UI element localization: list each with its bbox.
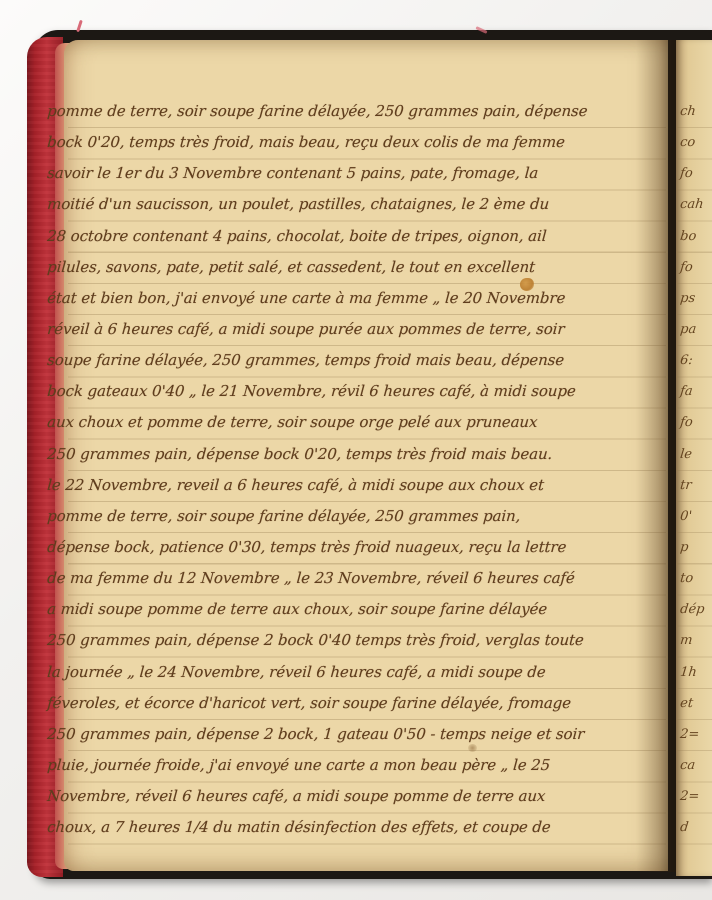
- facing-fragment-line: cah: [678, 190, 712, 221]
- facing-fragment-line: fo: [678, 159, 712, 190]
- manuscript-line: dépense bock, patience 0'30, temps très …: [46, 533, 670, 564]
- facing-fragment-line: fo: [678, 408, 712, 439]
- manuscript-line: féveroles, et écorce d'haricot vert, soi…: [46, 689, 670, 720]
- facing-fragment-line: 0': [678, 502, 712, 533]
- manuscript-line: 250 grammes pain, dépense 2 bock 0'40 te…: [46, 626, 670, 657]
- facing-fragment-line: tr: [678, 471, 712, 502]
- manuscript-line: Novembre, réveil 6 heures café, a midi s…: [46, 782, 670, 813]
- manuscript-line: bock gateaux 0'40 „ le 21 Novembre, révi…: [46, 377, 670, 408]
- manuscript-line: moitié d'un saucisson, un poulet, pastil…: [46, 190, 670, 221]
- manuscript-line: réveil à 6 heures café, a midi soupe pur…: [46, 315, 670, 346]
- manuscript-line: savoir le 1er du 3 Novembre contenant 5 …: [46, 159, 670, 190]
- facing-fragment-line: 2=: [678, 782, 712, 813]
- manuscript-line: la journée „ le 24 Novembre, réveil 6 he…: [46, 658, 670, 689]
- manuscript-line: soupe farine délayée, 250 grammes, temps…: [46, 346, 670, 377]
- scan-background: pomme de terre, soir soupe farine délayé…: [0, 0, 712, 900]
- manuscript-line: de ma femme du 12 Novembre „ le 23 Novem…: [46, 564, 670, 595]
- facing-fragment-line: fo: [678, 253, 712, 284]
- manuscript-line: choux, a 7 heures 1/4 du matin désinfect…: [46, 813, 670, 844]
- facing-fragment-line: pa: [678, 315, 712, 346]
- facing-fragment-line: co: [678, 128, 712, 159]
- facing-fragment-line: to: [678, 564, 712, 595]
- manuscript-line: pilules, savons, pate, petit salé, et ca…: [46, 253, 670, 284]
- manuscript-line: pluie, journée froide, j'ai envoyé une c…: [46, 751, 670, 782]
- facing-fragment-line: le: [678, 440, 712, 471]
- facing-fragment-line: ca: [678, 751, 712, 782]
- manuscript-line: le 22 Novembre, reveil a 6 heures café, …: [46, 471, 670, 502]
- manuscript-line: 28 octobre contenant 4 pains, chocolat, …: [46, 222, 670, 253]
- manuscript-line: aux choux et pomme de terre, soir soupe …: [46, 408, 670, 439]
- facing-fragment-line: m: [678, 626, 712, 657]
- manuscript-line: pomme de terre, soir soupe farine délayé…: [46, 97, 670, 128]
- facing-page-fragments: chcofocahbofopspa6:fafoletr0'ptodépm1het…: [680, 97, 712, 844]
- facing-fragment-line: 2=: [678, 720, 712, 751]
- manuscript-line: état et bien bon, j'ai envoyé une carte …: [46, 284, 670, 315]
- facing-fragment-line: 1h: [678, 658, 712, 689]
- manuscript-line: 250 grammes pain, dépense 2 bock, 1 gate…: [46, 720, 670, 751]
- ink-smudge: [468, 744, 477, 752]
- facing-fragment-line: bo: [678, 222, 712, 253]
- manuscript-line: a midi soupe pomme de terre aux choux, s…: [46, 595, 670, 626]
- facing-fragment-line: 6:: [678, 346, 712, 377]
- facing-fragment-line: p: [678, 533, 712, 564]
- facing-fragment-line: et: [678, 689, 712, 720]
- facing-fragment-line: ps: [678, 284, 712, 315]
- facing-fragment-line: dép: [678, 595, 712, 626]
- manuscript-line: pomme de terre, soir soupe farine délayé…: [46, 502, 670, 533]
- facing-fragment-line: ch: [678, 97, 712, 128]
- facing-page: chcofocahbofopspa6:fafoletr0'ptodépm1het…: [676, 40, 712, 876]
- manuscript-line: bock 0'20, temps très froid, mais beau, …: [46, 128, 670, 159]
- manuscript-text: pomme de terre, soir soupe farine délayé…: [46, 97, 668, 844]
- facing-fragment-line: fa: [678, 377, 712, 408]
- manuscript-line: 250 grammes pain, dépense bock 0'20, tem…: [46, 440, 670, 471]
- facing-fragment-line: d: [678, 813, 712, 844]
